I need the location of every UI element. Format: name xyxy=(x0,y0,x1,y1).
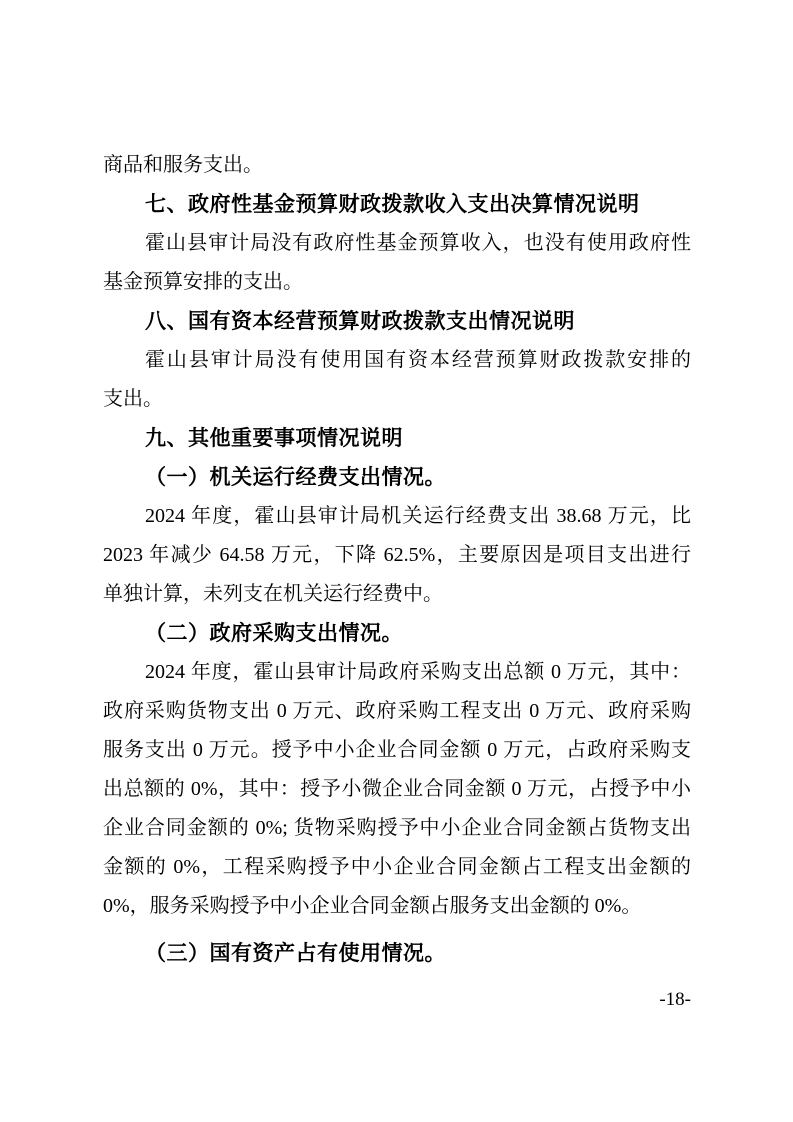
paragraph-line: 2023 年减少 64.58 万元，下降 62.5%，主要原因是项目支出进行 xyxy=(103,536,691,575)
document-page: 商品和服务支出。 七、政府性基金预算财政拨款收入支出决算情况说明 霍山县审计局没… xyxy=(0,0,793,1122)
paragraph-line: 企业合同金额的 0%; 货物采购授予中小企业合同金额占货物支出 xyxy=(103,809,691,848)
page-number: -18- xyxy=(103,988,691,1012)
heading-subsection-one-operating-expenses: （一）机关运行经费支出情况。 xyxy=(103,458,691,497)
paragraph-line: 政府采购货物支出 0 万元、政府采购工程支出 0 万元、政府采购 xyxy=(103,692,691,731)
paragraph-line: 0%，服务采购授予中小企业合同金额占服务支出金额的 0%。 xyxy=(103,887,691,926)
paragraph-line: 出总额的 0%，其中：授予小微企业合同金额 0 万元，占授予中小 xyxy=(103,770,691,809)
paragraph-line: 2024 年度，霍山县审计局机关运行经费支出 38.68 万元，比 xyxy=(103,497,691,536)
heading-section-seven: 七、政府性基金预算财政拨款收入支出决算情况说明 xyxy=(103,185,691,224)
paragraph-line: 金额的 0%，工程采购授予中小企业合同金额占工程支出金额的 xyxy=(103,848,691,887)
paragraph-line: 支出。 xyxy=(103,380,691,419)
paragraph-line: 2024 年度，霍山县审计局政府采购支出总额 0 万元，其中： xyxy=(103,653,691,692)
paragraph-line: 服务支出 0 万元。授予中小企业合同金额 0 万元，占政府采购支 xyxy=(103,731,691,770)
paragraph-line: 霍山县审计局没有使用国有资本经营预算财政拨款安排的 xyxy=(103,341,691,380)
paragraph-line: 单独计算，未列支在机关运行经费中。 xyxy=(103,575,691,614)
document-content: 商品和服务支出。 七、政府性基金预算财政拨款收入支出决算情况说明 霍山县审计局没… xyxy=(103,146,691,973)
paragraph-line: 霍山县审计局没有政府性基金预算收入，也没有使用政府性 xyxy=(103,224,691,263)
heading-section-nine: 九、其他重要事项情况说明 xyxy=(103,419,691,458)
paragraph-line-goods-services: 商品和服务支出。 xyxy=(103,146,691,185)
paragraph-line: 基金预算安排的支出。 xyxy=(103,263,691,302)
heading-subsection-two-procurement: （二）政府采购支出情况。 xyxy=(103,614,691,653)
heading-section-eight: 八、国有资本经营预算财政拨款支出情况说明 xyxy=(103,302,691,341)
heading-subsection-three-state-assets: （三）国有资产占有使用情况。 xyxy=(103,934,691,973)
